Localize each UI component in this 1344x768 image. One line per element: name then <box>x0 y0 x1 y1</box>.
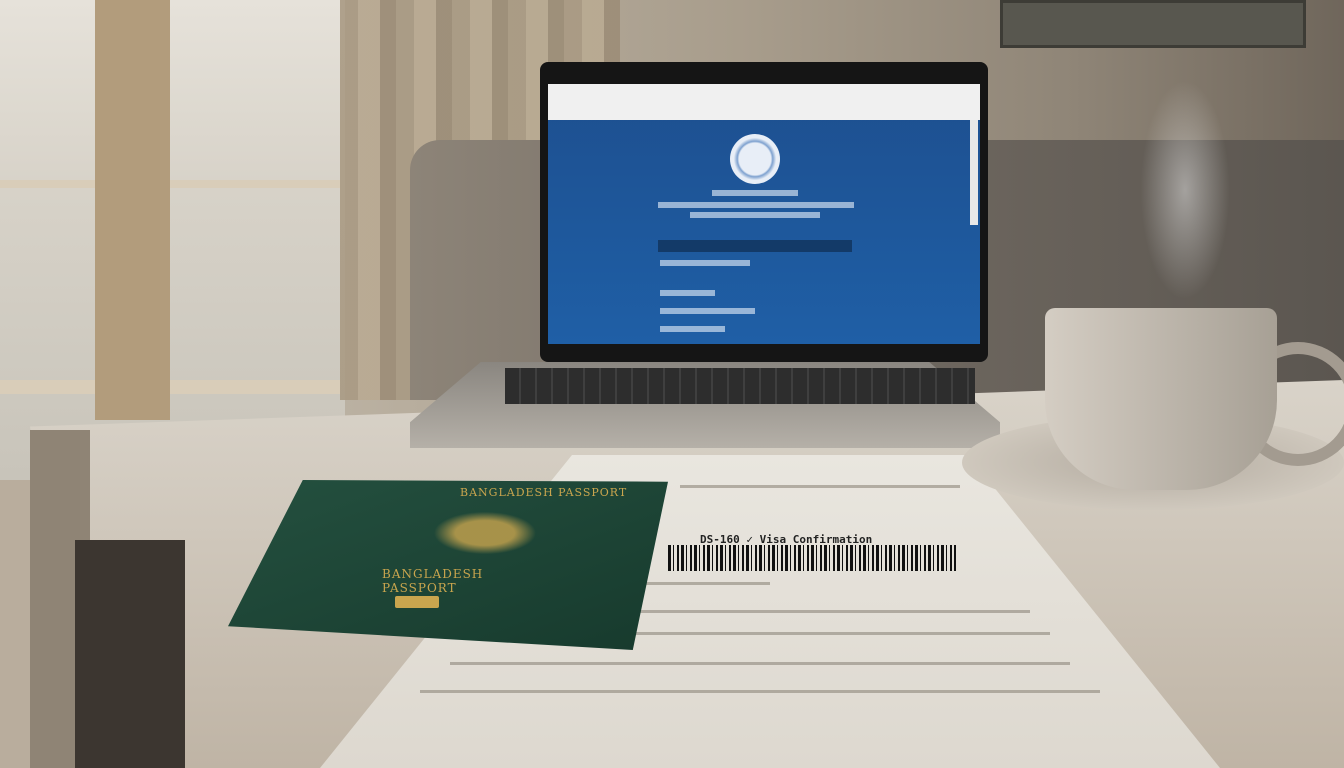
screen-text <box>660 290 715 296</box>
emblem-icon <box>425 508 545 558</box>
screen-text <box>660 260 750 266</box>
table-leg <box>75 540 185 768</box>
screen-heading <box>712 190 798 196</box>
screen-text <box>690 212 820 218</box>
steam <box>1140 80 1230 300</box>
screen-tabs <box>658 240 852 252</box>
barcode <box>668 545 956 571</box>
keyboard <box>505 368 975 404</box>
passport-label: BANGLADESH PASSPORT <box>382 567 483 595</box>
balcony-railing <box>0 180 340 188</box>
seal-icon <box>730 134 780 184</box>
passport-label-line2: PASSPORT <box>382 581 483 595</box>
passport-title: BANGLADESH PASSPORT <box>460 486 627 499</box>
screen-text <box>660 308 755 314</box>
balcony-railing-bottom <box>0 380 340 394</box>
window <box>0 0 345 480</box>
scrollbar <box>970 120 978 225</box>
document-line <box>590 632 1050 635</box>
document-line <box>600 610 1030 613</box>
browser-bar <box>548 84 980 120</box>
coffee-cup <box>1045 308 1277 490</box>
passport-label-line1: BANGLADESH <box>382 567 483 581</box>
passport <box>228 480 668 650</box>
chip-icon <box>395 596 439 608</box>
screen-text <box>660 326 725 332</box>
document-line <box>680 485 960 488</box>
window-frame <box>95 0 170 420</box>
screen-text <box>658 202 854 208</box>
document-line <box>420 690 1100 693</box>
document-line <box>450 662 1070 665</box>
wall-picture <box>1000 0 1306 48</box>
